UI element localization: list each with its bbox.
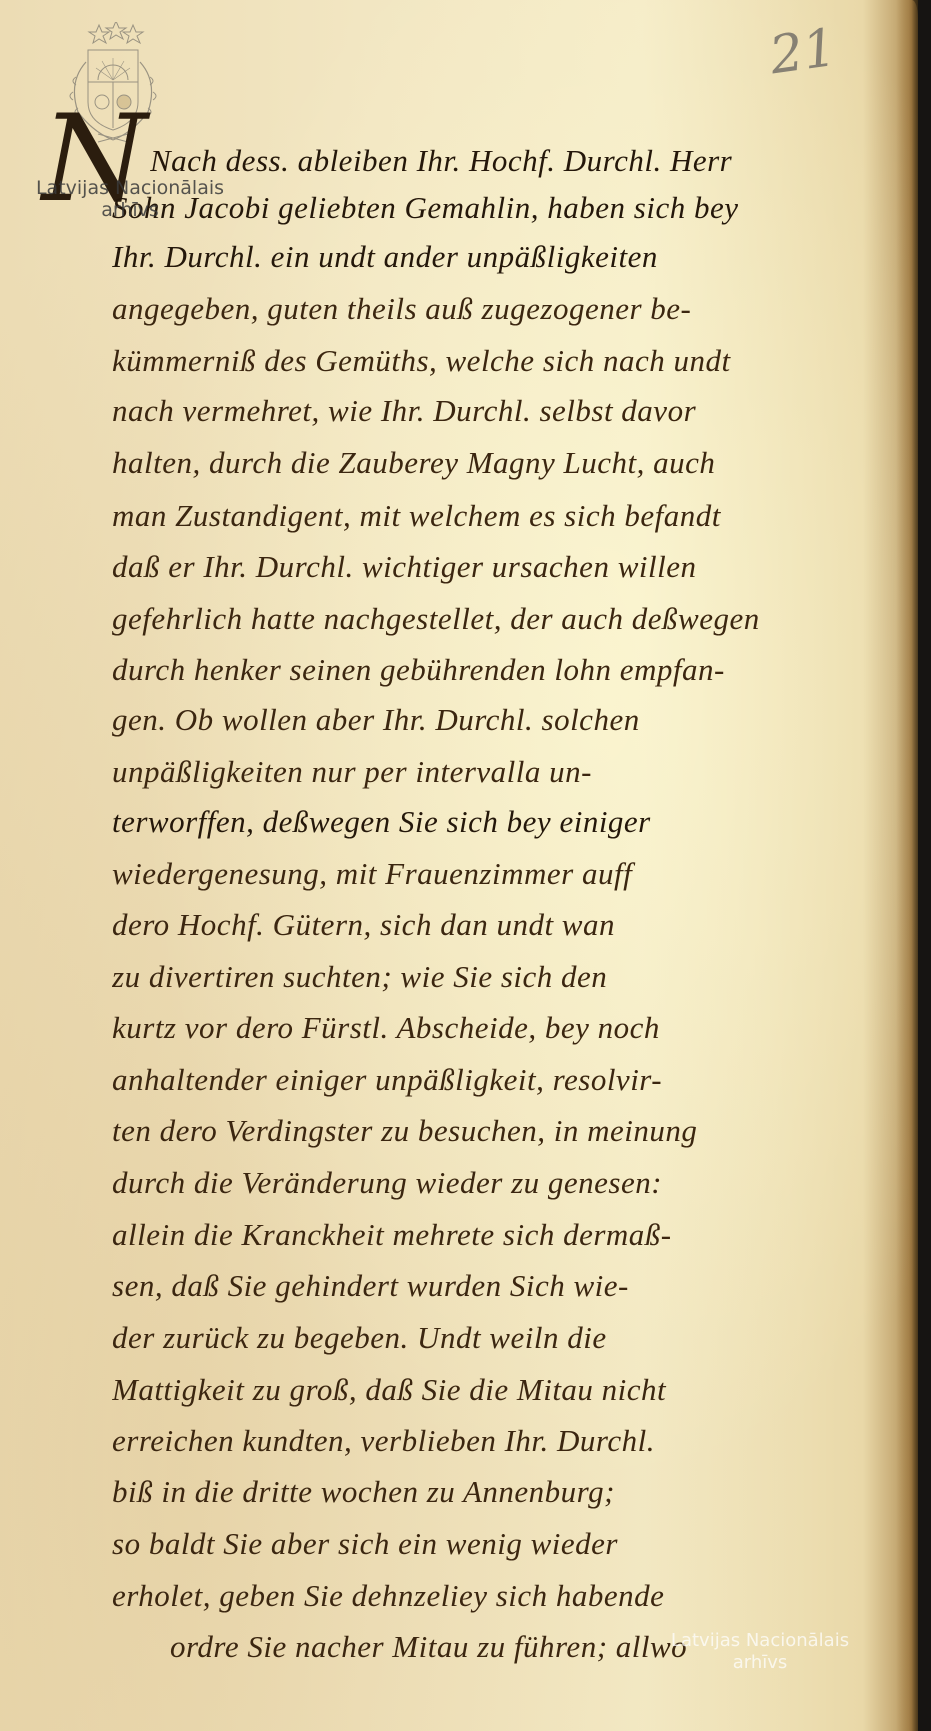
manuscript-line: biß in die dritte wochen zu Annenburg;: [112, 1472, 907, 1512]
watermark-line: Latvijas Nacionālais: [0, 177, 260, 199]
manuscript-line: gefehrlich hatte nachgestellet, der auch…: [112, 599, 907, 639]
archive-watermark-bottom: Latvijas Nacionālais arhīvs: [640, 1630, 880, 1674]
manuscript-line: so baldt Sie aber sich ein wenig wieder: [112, 1524, 907, 1564]
manuscript-line: kümmerniß des Gemüths, welche sich nach …: [112, 341, 907, 381]
manuscript-line: Ihr. Durchl. ein undt ander unpäßligkeit…: [112, 237, 907, 277]
manuscript-line: angegeben, guten theils auß zugezogener …: [112, 289, 907, 329]
scan-background-edge: [917, 0, 931, 1731]
manuscript-line: durch henker seinen gebührenden lohn emp…: [112, 650, 907, 690]
manuscript-line: der zurück zu begeben. Undt weiln die: [112, 1318, 907, 1358]
watermark-line: arhīvs: [0, 199, 260, 221]
manuscript-line: allein die Kranckheit mehrete sich derma…: [112, 1215, 907, 1255]
manuscript-line: gen. Ob wollen aber Ihr. Durchl. solchen: [112, 700, 907, 740]
manuscript-line: unpäßligkeiten nur per intervalla un-: [112, 752, 907, 792]
manuscript-line: halten, durch die Zauberey Magny Lucht, …: [112, 443, 907, 483]
manuscript-line: dero Hochf. Gütern, sich dan undt wan: [112, 905, 907, 945]
manuscript-line: nach vermehret, wie Ihr. Durchl. selbst …: [112, 391, 907, 431]
manuscript-line: daß er Ihr. Durchl. wichtiger ursachen w…: [112, 547, 907, 587]
manuscript-line: anhaltender einiger unpäßligkeit, resolv…: [112, 1060, 907, 1100]
watermark-line: arhīvs: [640, 1652, 880, 1674]
manuscript-page: 21 N Nach dess. ableiben Ihr. Hochf. Dur…: [0, 0, 918, 1731]
manuscript-line: durch die Veränderung wieder zu genesen:: [112, 1163, 907, 1203]
manuscript-line: terworffen, deßwegen Sie sich bey einige…: [112, 802, 907, 842]
manuscript-line: wiedergenesung, mit Frauenzimmer auff: [112, 854, 907, 894]
manuscript-line: man Zustandigent, mit welchem es sich be…: [112, 496, 907, 536]
manuscript-line: sen, daß Sie gehindert wurden Sich wie-: [112, 1266, 907, 1306]
manuscript-text: Nach dess. ableiben Ihr. Hochf. Durchl. …: [0, 0, 918, 1731]
watermark-line: Latvijas Nacionālais: [640, 1630, 880, 1652]
manuscript-line: Nach dess. ableiben Ihr. Hochf. Durchl. …: [150, 141, 910, 181]
manuscript-line: Mattigkeit zu groß, daß Sie die Mitau ni…: [112, 1370, 907, 1410]
manuscript-line: kurtz vor dero Fürstl. Abscheide, bey no…: [112, 1008, 907, 1048]
archive-watermark-top: Latvijas Nacionālais arhīvs: [0, 177, 260, 221]
manuscript-line: ten dero Verdingster zu besuchen, in mei…: [112, 1111, 907, 1151]
manuscript-line: zu divertiren suchten; wie Sie sich den: [112, 957, 907, 997]
manuscript-line: erreichen kundten, verblieben Ihr. Durch…: [112, 1421, 907, 1461]
manuscript-line: erholet, geben Sie dehnzeliey sich haben…: [112, 1576, 907, 1616]
